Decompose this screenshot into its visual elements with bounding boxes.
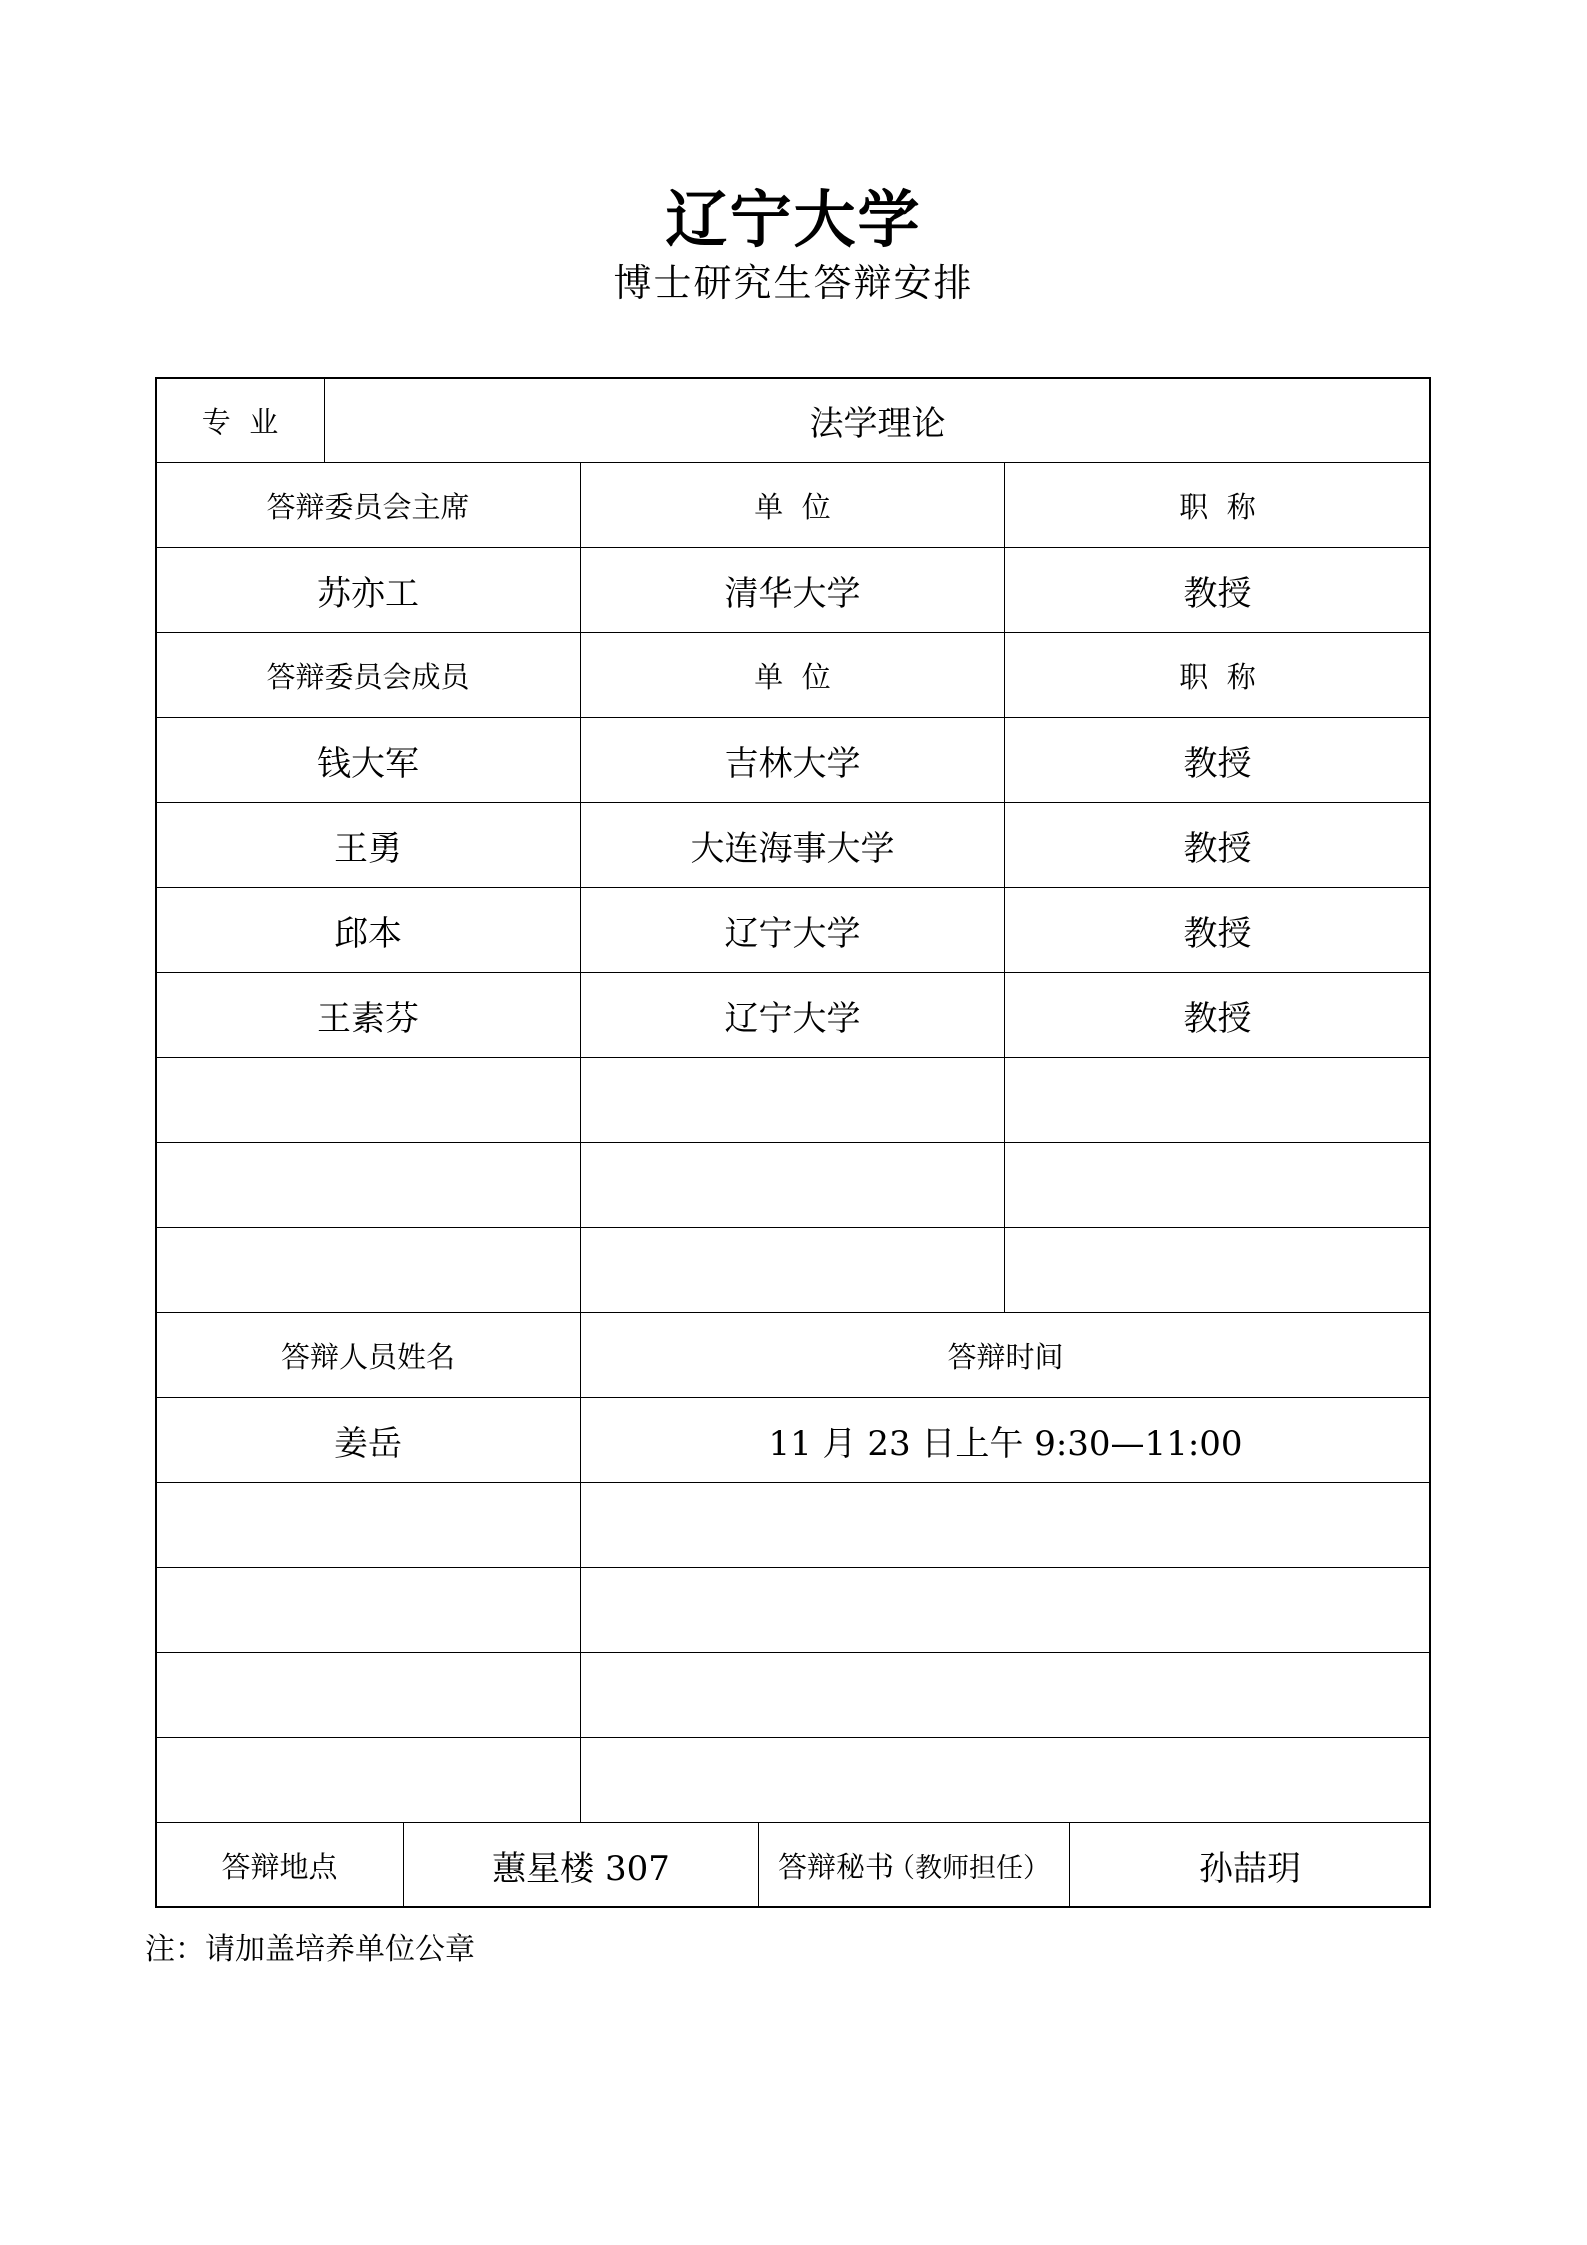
member-title-text: 教授 [1184,906,1252,955]
defense-row-4-name [155,1652,581,1738]
member-row-3-title: 教授 [1004,887,1431,973]
member-unit-text: 辽宁大学 [725,906,861,955]
chair-title: 教授 [1004,547,1431,633]
member-row-4-unit: 辽宁大学 [580,972,1005,1058]
defense-name-text: 姜岳 [334,1416,402,1465]
secretary-value: 孙喆玥 [1069,1822,1431,1908]
member-row-2-unit: 大连海事大学 [580,802,1005,888]
member-header-title-text: 职 称 [1179,655,1255,696]
defense-row-4-time [580,1652,1431,1738]
location-value-text: 蕙星楼 307 [492,1841,670,1890]
member-row-5-title [1004,1057,1431,1143]
defense-time-text: 11 月 23 日上午 9:30—11:00 [768,1416,1242,1465]
major-label: 专 业 [155,377,325,463]
member-row-6-title [1004,1142,1431,1228]
member-header-name: 答辩委员会成员 [155,632,581,718]
member-row-1-title: 教授 [1004,717,1431,803]
member-row-4-name: 王素芬 [155,972,581,1058]
member-title-text: 教授 [1184,821,1252,870]
footnote: 注：请加盖培养单位公章 [145,1928,475,1972]
member-row-6-name [155,1142,581,1228]
member-title-text: 教授 [1184,991,1252,1040]
defense-row-5-name [155,1737,581,1823]
chair-header-unit-text: 单 位 [754,485,830,526]
defense-row-3-name [155,1567,581,1653]
chair-header-name-text: 答辩委员会主席 [266,485,469,526]
member-name-text: 王素芬 [317,991,419,1040]
member-row-3-name: 邱本 [155,887,581,973]
member-header-unit-text: 单 位 [754,655,830,696]
member-row-5-name [155,1057,581,1143]
member-row-2-title: 教授 [1004,802,1431,888]
member-header-title: 职 称 [1004,632,1431,718]
member-row-5-unit [580,1057,1005,1143]
secretary-label: 答辩秘书（教师担任） [758,1822,1070,1908]
member-header-name-text: 答辩委员会成员 [266,655,469,696]
chair-name-text: 苏亦工 [317,566,419,615]
document-title: 辽宁大学 [0,180,1587,260]
defense-row-1-name: 姜岳 [155,1397,581,1483]
defense-header-time: 答辩时间 [580,1312,1431,1398]
member-unit-text: 吉林大学 [725,736,861,785]
document-subtitle: 博士研究生答辩安排 [0,258,1587,308]
secretary-value-text: 孙喆玥 [1199,1841,1301,1890]
member-name-text: 钱大军 [317,736,419,785]
member-name-text: 王勇 [334,821,402,870]
chair-header-unit: 单 位 [580,462,1005,548]
member-row-7-title [1004,1227,1431,1313]
defense-row-2-time [580,1482,1431,1568]
location-value: 蕙星楼 307 [403,1822,759,1908]
member-row-7-unit [580,1227,1005,1313]
chair-header-name: 答辩委员会主席 [155,462,581,548]
chair-unit-text: 清华大学 [725,566,861,615]
member-unit-text: 大连海事大学 [691,821,895,870]
member-row-6-unit [580,1142,1005,1228]
defense-header-time-text: 答辩时间 [947,1335,1063,1376]
defense-row-2-name [155,1482,581,1568]
chair-title-text: 教授 [1184,566,1252,615]
member-unit-text: 辽宁大学 [725,991,861,1040]
chair-header-title-text: 职 称 [1179,485,1255,526]
member-row-4-title: 教授 [1004,972,1431,1058]
defense-header-name: 答辩人员姓名 [155,1312,581,1398]
secretary-label-text: 答辩秘书 [778,1845,894,1886]
member-row-7-name [155,1227,581,1313]
chair-name: 苏亦工 [155,547,581,633]
major-label-text: 专 业 [202,400,278,441]
secretary-note-text: （教师担任） [888,1846,1050,1885]
major-value: 法学理论 [324,377,1431,463]
defense-row-1-time: 11 月 23 日上午 9:30—11:00 [580,1397,1431,1483]
chair-unit: 清华大学 [580,547,1005,633]
location-label: 答辩地点 [155,1822,404,1908]
defense-row-3-time [580,1567,1431,1653]
location-label-text: 答辩地点 [221,1845,337,1886]
member-row-1-unit: 吉林大学 [580,717,1005,803]
member-row-3-unit: 辽宁大学 [580,887,1005,973]
member-name-text: 邱本 [334,906,402,955]
member-title-text: 教授 [1184,736,1252,785]
chair-header-title: 职 称 [1004,462,1431,548]
defense-row-5-time [580,1737,1431,1823]
defense-header-name-text: 答辩人员姓名 [281,1335,455,1376]
member-header-unit: 单 位 [580,632,1005,718]
member-row-1-name: 钱大军 [155,717,581,803]
major-value-text: 法学理论 [810,396,946,445]
member-row-2-name: 王勇 [155,802,581,888]
